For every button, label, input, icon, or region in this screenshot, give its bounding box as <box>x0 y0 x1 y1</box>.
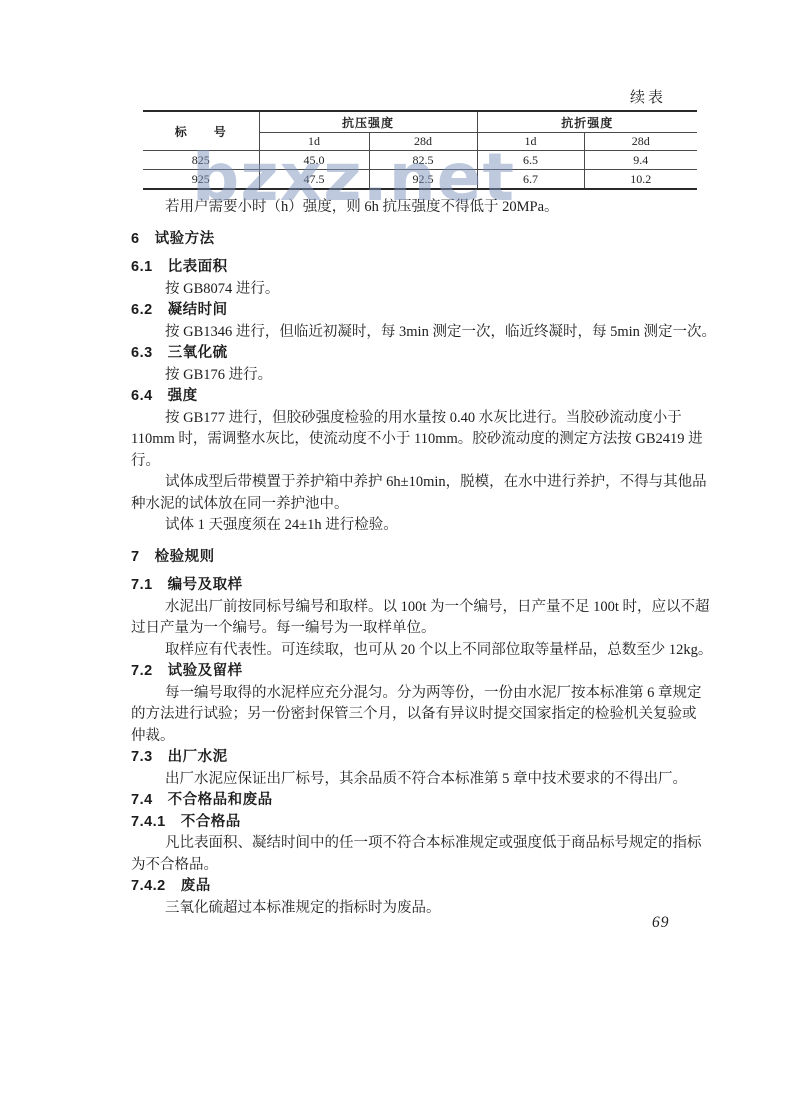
age-header-compressive-1d: 1d <box>259 133 369 151</box>
page-number: 69 <box>652 914 670 932</box>
value-cell: 92.5 <box>369 170 477 190</box>
section-heading: 6.4 强度 <box>131 386 697 408</box>
body-line: 取样应有代表性。可连续取，也可从 20 个以上不同部位取等量样品，总数至少 12… <box>131 640 697 662</box>
document-page: 续表 标 号 抗压强度 抗折强度 1d 28d 1d 28d 825 45.0 … <box>0 0 800 1110</box>
section-heading: 7.3 出厂水泥 <box>131 747 697 769</box>
age-header-compressive-28d: 28d <box>369 133 477 151</box>
grade-cell: 925 <box>143 170 259 190</box>
section-heading: 6.3 三氧化硫 <box>131 343 697 365</box>
section-heading: 6.2 凝结时间 <box>131 300 697 322</box>
compressive-strength-header: 抗压强度 <box>259 111 477 133</box>
value-cell: 6.5 <box>477 151 584 170</box>
body-line: 每一编号取得的水泥样应充分混匀。分为两等份，一份由水泥厂按本标准第 6 章规定 <box>131 683 697 705</box>
section-heading: 7.4.2 废品 <box>131 876 697 898</box>
body-line: 种水泥的试体放在同一养护池中。 <box>131 494 697 516</box>
body-line: 若用户需要小时（h）强度，则 6h 抗压强度不得低于 20MPa。 <box>131 197 697 219</box>
value-cell: 82.5 <box>369 151 477 170</box>
value-cell: 9.4 <box>584 151 697 170</box>
body-line: 仲裁。 <box>131 726 697 748</box>
section-heading: 7.1 编号及取样 <box>131 575 697 597</box>
section-heading: 7.4 不合格品和废品 <box>131 790 697 812</box>
body-line: 110mm 时，需调整水灰比，使流动度不小于 110mm。胶砂流动度的测定方法按… <box>131 429 697 451</box>
body-line: 按 GB8074 进行。 <box>131 279 697 301</box>
body-line: 试体成型后带模置于养护箱中养护 6h±10min，脱模，在水中进行养护，不得与其… <box>131 472 697 494</box>
document-body: 若用户需要小时（h）强度，则 6h 抗压强度不得低于 20MPa。 6 试验方法… <box>131 197 697 919</box>
body-line: 试体 1 天强度须在 24±1h 进行检验。 <box>131 515 697 537</box>
grade-cell: 825 <box>143 151 259 170</box>
body-line: 过日产量为一个编号。每一编号为一取样单位。 <box>131 618 697 640</box>
grade-header-cell: 标 号 <box>143 111 259 151</box>
body-line: 的方法进行试验；另一份密封保管三个月，以备有异议时提交国家指定的检验机关复验或 <box>131 704 697 726</box>
table-header-row: 标 号 抗压强度 抗折强度 <box>143 111 697 133</box>
body-line: 按 GB176 进行。 <box>131 365 697 387</box>
body-line: 行。 <box>131 451 697 473</box>
age-header-flexural-1d: 1d <box>477 133 584 151</box>
table-row: 925 47.5 92.5 6.7 10.2 <box>143 170 697 190</box>
body-line: 凡比表面积、凝结时间中的任一项不符合本标准规定或强度低于商品标号规定的指标 <box>131 833 697 855</box>
value-cell: 6.7 <box>477 170 584 190</box>
body-line: 为不合格品。 <box>131 855 697 877</box>
body-line: 水泥出厂前按同标号编号和取样。以 100t 为一个编号，日产量不足 100t 时… <box>131 597 697 619</box>
body-line: 三氧化硫超过本标准规定的指标时为废品。 <box>131 898 697 920</box>
value-cell: 10.2 <box>584 170 697 190</box>
strength-table: 标 号 抗压强度 抗折强度 1d 28d 1d 28d 825 45.0 82.… <box>143 110 697 190</box>
body-line: 按 GB177 进行，但胶砂强度检验的用水量按 0.40 水灰比进行。当胶砂流动… <box>131 408 697 430</box>
table-row: 825 45.0 82.5 6.5 9.4 <box>143 151 697 170</box>
continued-table-label: 续表 <box>630 86 666 107</box>
flexural-strength-header: 抗折强度 <box>477 111 697 133</box>
section-heading: 7.4.1 不合格品 <box>131 812 697 834</box>
section-heading: 6.1 比表面积 <box>131 257 697 279</box>
body-line: 按 GB1346 进行，但临近初凝时，每 3min 测定一次，临近终凝时，每 5… <box>131 322 697 344</box>
section-heading: 6 试验方法 <box>131 229 697 251</box>
body-line: 出厂水泥应保证出厂标号，其余品质不符合本标准第 5 章中技术要求的不得出厂。 <box>131 769 697 791</box>
section-heading: 7 检验规则 <box>131 547 697 569</box>
section-heading: 7.2 试验及留样 <box>131 661 697 683</box>
age-header-flexural-28d: 28d <box>584 133 697 151</box>
value-cell: 45.0 <box>259 151 369 170</box>
value-cell: 47.5 <box>259 170 369 190</box>
